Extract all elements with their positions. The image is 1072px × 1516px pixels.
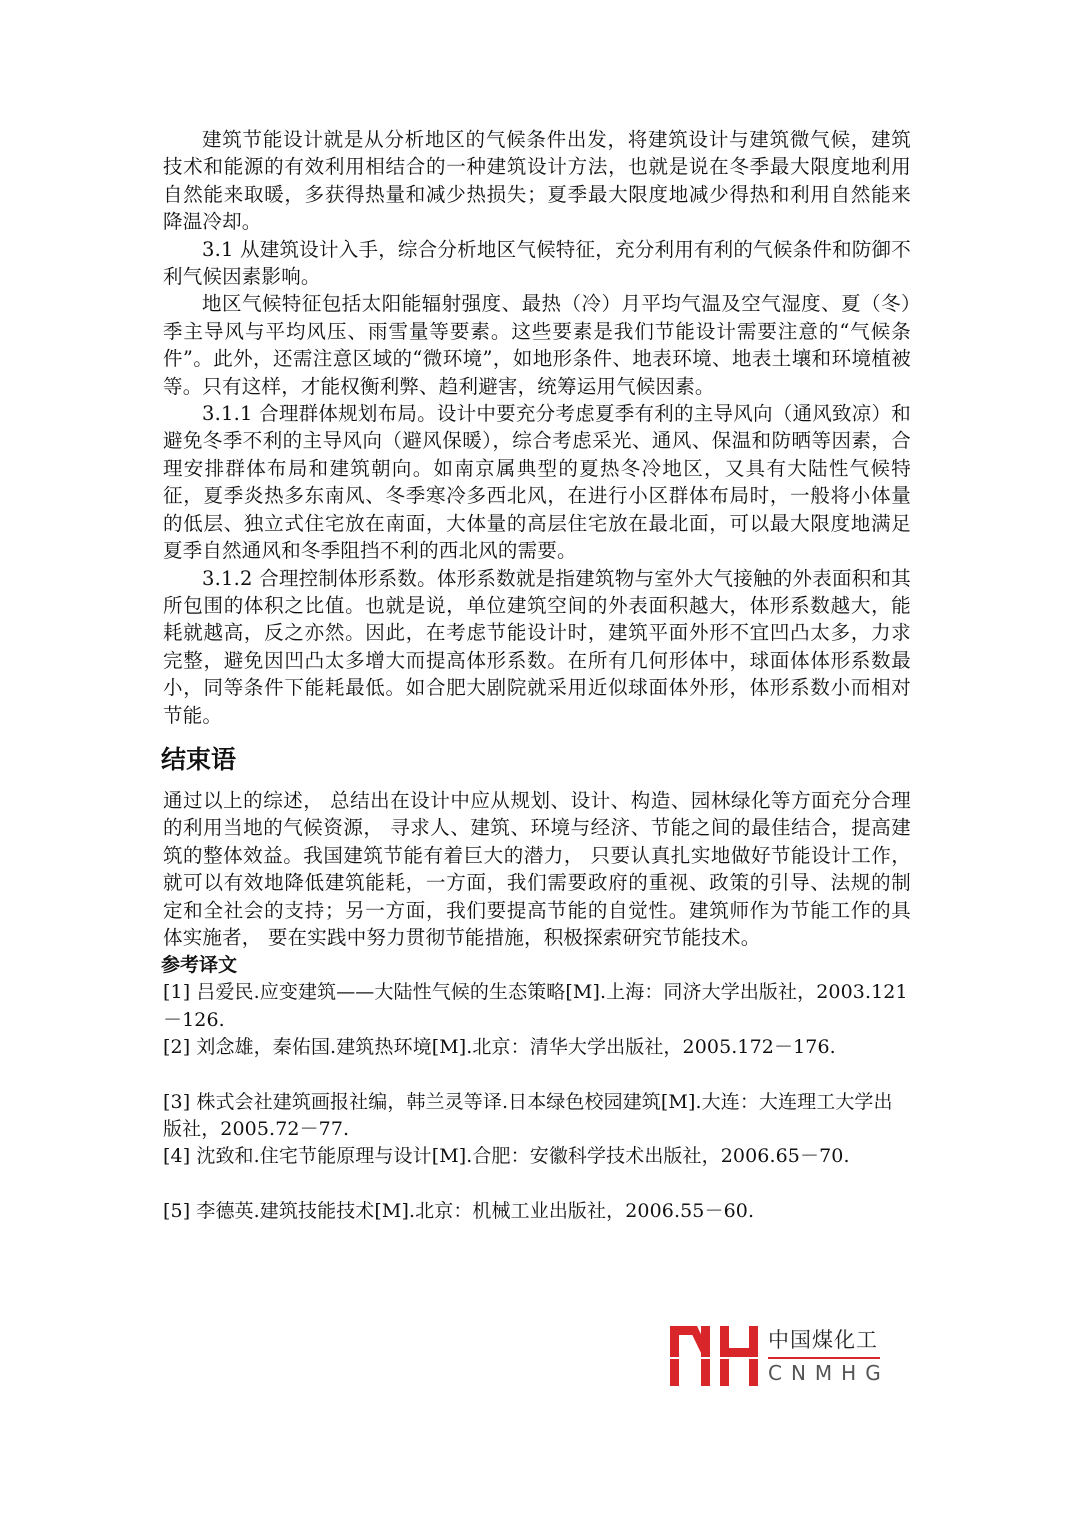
body-paragraph: 地区气候特征包括太阳能辐射强度、最热（冷）月平均气温及空气湿度、夏（冬）季主导风… (163, 290, 911, 400)
conclusion-heading: 结束语 (161, 743, 911, 777)
reference-list: [1] 吕爱民.应变建筑——大陆性气候的生态策略[M].上海：同济大学出版社，2… (163, 979, 911, 1225)
section-3-1-1: 3.1.1 合理群体规划布局。设计中要充分考虑夏季有利的主导风向（通风致凉）和避… (163, 400, 911, 564)
conclusion-text: 通过以上的综述， 总结出在设计中应从规划、设计、构造、园林绿化等方面充分合理的利… (163, 787, 911, 951)
logo-name-en: CNMHG (768, 1361, 890, 1385)
mh-logo-icon (670, 1326, 758, 1386)
reference-item: [1] 吕爱民.应变建筑——大陆性气候的生态策略[M].上海：同济大学出版社，2… (163, 979, 911, 1034)
reference-item: [3] 株式会社建筑画报社编，韩兰灵等译.日本绿色校园建筑[M].大连：大连理工… (163, 1089, 911, 1144)
document-page: 建筑节能设计就是从分析地区的气候条件出发，将建筑设计与建筑微气候，建筑技术和能源… (163, 126, 911, 1225)
body-paragraph: 建筑节能设计就是从分析地区的气候条件出发，将建筑设计与建筑微气候，建筑技术和能源… (163, 126, 911, 236)
section-3-1-2: 3.1.2 合理控制体形系数。体形系数就是指建筑物与室外大气接触的外表面积和其所… (163, 565, 911, 729)
section-heading-3-1: 3.1 从建筑设计入手，综合分析地区气候特征，充分利用有利的气候条件和防御不利气… (163, 236, 911, 291)
cnmhg-logo: 中国煤化工 CNMHG (670, 1326, 885, 1388)
reference-item: [4] 沈致和.住宅节能原理与设计[M].合肥：安徽科学技术出版社，2006.6… (163, 1143, 911, 1170)
reference-item: [5] 李德英.建筑技能技术[M].北京：机械工业出版社，2006.55－60. (163, 1198, 911, 1225)
logo-name-cn: 中国煤化工 (768, 1327, 878, 1353)
logo-divider (768, 1357, 880, 1359)
reference-item: [2] 刘念雄，秦佑国.建筑热环境[M].北京：清华大学出版社，2005.172… (163, 1034, 911, 1061)
references-heading: 参考译文 (161, 953, 911, 977)
